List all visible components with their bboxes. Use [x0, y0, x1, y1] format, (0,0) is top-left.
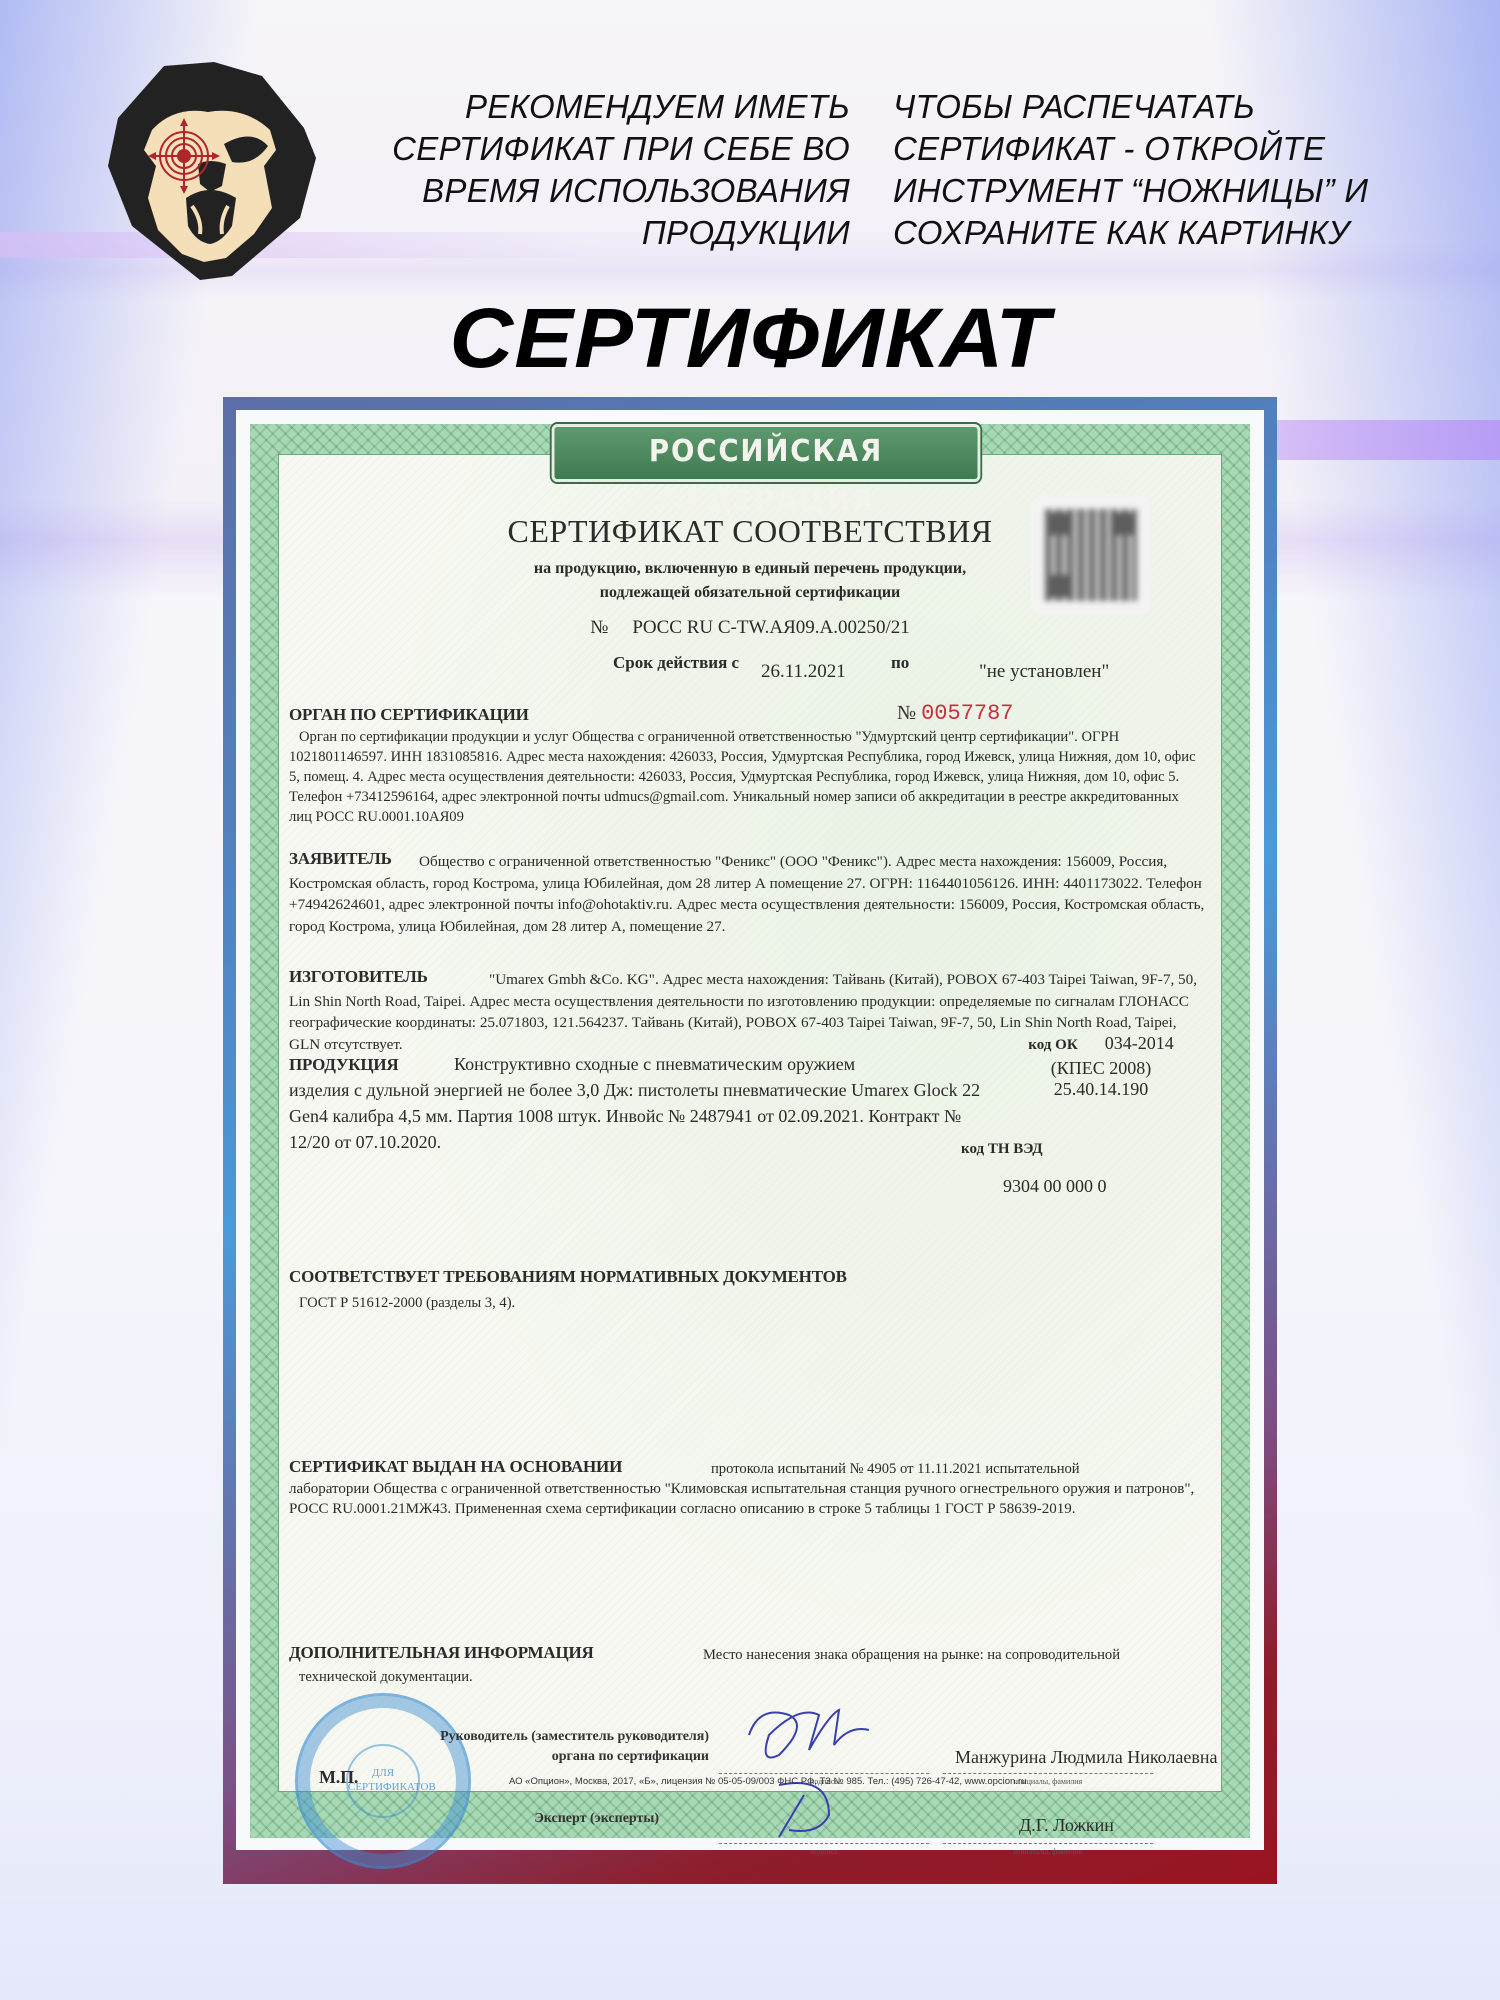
- section-heading-body: ОРГАН ПО СЕРТИФИКАЦИИ: [289, 705, 529, 725]
- lion-target-logo-icon: [104, 58, 316, 280]
- section-text-applicant: Общество с ограниченной ответственностью…: [289, 851, 1209, 937]
- notice-line: РЕКОМЕНДУЕМ ИМЕТЬ: [330, 86, 850, 128]
- expert-label: Эксперт (эксперты): [459, 1809, 659, 1829]
- stamp-label: М.П.: [319, 1767, 358, 1788]
- additional-first-line: Место нанесения знака обращения на рынке…: [703, 1645, 1223, 1665]
- notice-line: СОХРАНИТЕ КАК КАРТИНКУ: [893, 212, 1453, 254]
- carry-certificate-notice: РЕКОМЕНДУЕМ ИМЕТЬ СЕРТИФИКАТ ПРИ СЕБЕ ВО…: [330, 86, 850, 254]
- federation-banner: РОССИЙСКАЯ ФЕДЕРАЦИЯ: [552, 424, 981, 482]
- section-text-basis: лаборатории Общества с ограниченной отве…: [289, 1479, 1214, 1519]
- section-text-conformity: ГОСТ Р 51612-2000 (разделы 3, 4).: [299, 1293, 1099, 1313]
- number-sign: №: [590, 617, 608, 638]
- validity-label: Срок действия с: [613, 653, 739, 673]
- section-heading-conformity: СООТВЕТСТВУЕТ ТРЕБОВАНИЯМ НОРМАТИВНЫХ ДО…: [289, 1267, 847, 1287]
- notice-line: ПРОДУКЦИИ: [330, 212, 850, 254]
- tnved-label: код ТН ВЭД: [961, 1141, 1181, 1158]
- valid-to: "не установлен": [979, 661, 1109, 683]
- head-label: Руководитель (заместитель руководителя) …: [379, 1727, 709, 1767]
- section-heading-basis: СЕРТИФИКАТ ВЫДАН НА ОСНОВАНИИ: [289, 1457, 622, 1477]
- ok-code-classifier: (КПЕС 2008): [991, 1058, 1211, 1079]
- expert-name: Д.Г. Ложкин: [1019, 1815, 1114, 1836]
- basis-first-line: протокола испытаний № 4905 от 11.11.2021…: [711, 1459, 1211, 1479]
- certificate-subtitle: на продукцию, включенную в единый перече…: [279, 557, 1221, 605]
- product-line: Конструктивно сходные с пневматическим о…: [289, 1051, 989, 1077]
- blank-number-sign: №: [897, 702, 916, 724]
- subtitle-line: на продукцию, включенную в единый перече…: [279, 557, 1221, 581]
- ok-code-block: код ОК 034-2014 (КПЕС 2008) 25.40.14.190: [991, 1033, 1211, 1100]
- head-signature-icon: [739, 1695, 899, 1765]
- notice-line: ВРЕМЯ ИСПОЛЬЗОВАНИЯ: [330, 170, 850, 212]
- head-label-line: органа по сертификации: [379, 1747, 709, 1767]
- signature-area: ДЛЯ СЕРТИФИКАТОВ М.П. Руководитель (заме…: [279, 1665, 1221, 1865]
- head-signature-line: [719, 1773, 929, 1774]
- ok-code-label: код ОК: [1028, 1037, 1077, 1053]
- expert-name-line: [943, 1843, 1153, 1844]
- certificate-mat: СЕРТИФИКАТ СООТВЕТСТВИЯ на продукцию, вк…: [236, 410, 1264, 1850]
- ok-code-value: 25.40.14.190: [991, 1079, 1211, 1100]
- number-value: POCC RU C-TW.АЯ09.А.00250/21: [632, 617, 909, 638]
- section-text-product: Конструктивно сходные с пневматическим о…: [289, 1051, 989, 1155]
- notice-line: ИНСТРУМЕНТ “НОЖНИЦЫ” И: [893, 170, 1453, 212]
- validity-to-label: по: [891, 653, 909, 673]
- blank-number: № 0057787: [897, 701, 1014, 726]
- tnved-value: 9304 00 000 0: [961, 1176, 1181, 1197]
- head-name-line: [943, 1773, 1153, 1774]
- certificate-frame: СЕРТИФИКАТ СООТВЕТСТВИЯ на продукцию, вк…: [223, 397, 1277, 1884]
- certificate-document: СЕРТИФИКАТ СООТВЕТСТВИЯ на продукцию, вк…: [250, 424, 1250, 1838]
- print-instructions-notice: ЧТОБЫ РАСПЕЧАТАТЬ СЕРТИФИКАТ - ОТКРОЙТЕ …: [893, 86, 1453, 254]
- notice-line: СЕРТИФИКАТ ПРИ СЕБЕ ВО: [330, 128, 850, 170]
- head-label-line: Руководитель (заместитель руководителя): [379, 1727, 709, 1747]
- blank-number-value: 0057787: [921, 701, 1013, 726]
- printer-imprint: АО «Опцион», Москва, 2017, «Б», лицензия…: [509, 1776, 1026, 1787]
- signature-caption: подпись: [719, 1847, 929, 1856]
- product-description: изделия с дульной энергией не более 3,0 …: [289, 1077, 989, 1155]
- subtitle-line: подлежащей обязательной сертификации: [279, 581, 1221, 605]
- ok-code-standard: 034-2014: [1105, 1033, 1174, 1053]
- name-caption: инициалы, фамилия: [943, 1847, 1153, 1856]
- certificate-body: СЕРТИФИКАТ СООТВЕТСТВИЯ на продукцию, вк…: [278, 454, 1222, 1792]
- section-text-body: Орган по сертификации продукции и услуг …: [289, 727, 1204, 827]
- head-name: Манжурина Людмила Николаевна: [955, 1747, 1218, 1768]
- certificate-number: №POCC RU C-TW.АЯ09.А.00250/21: [279, 617, 1221, 639]
- section-heading-additional: ДОПОЛНИТЕЛЬНАЯ ИНФОРМАЦИЯ: [289, 1643, 594, 1663]
- expert-signature-line: [719, 1843, 929, 1844]
- tnved-code-block: код ТН ВЭД 9304 00 000 0: [961, 1141, 1181, 1197]
- page-title: СЕРТИФИКАТ: [0, 290, 1500, 387]
- notice-line: ЧТОБЫ РАСПЕЧАТАТЬ: [893, 86, 1453, 128]
- valid-from: 26.11.2021: [761, 661, 846, 683]
- notice-line: СЕРТИФИКАТ - ОТКРОЙТЕ: [893, 128, 1453, 170]
